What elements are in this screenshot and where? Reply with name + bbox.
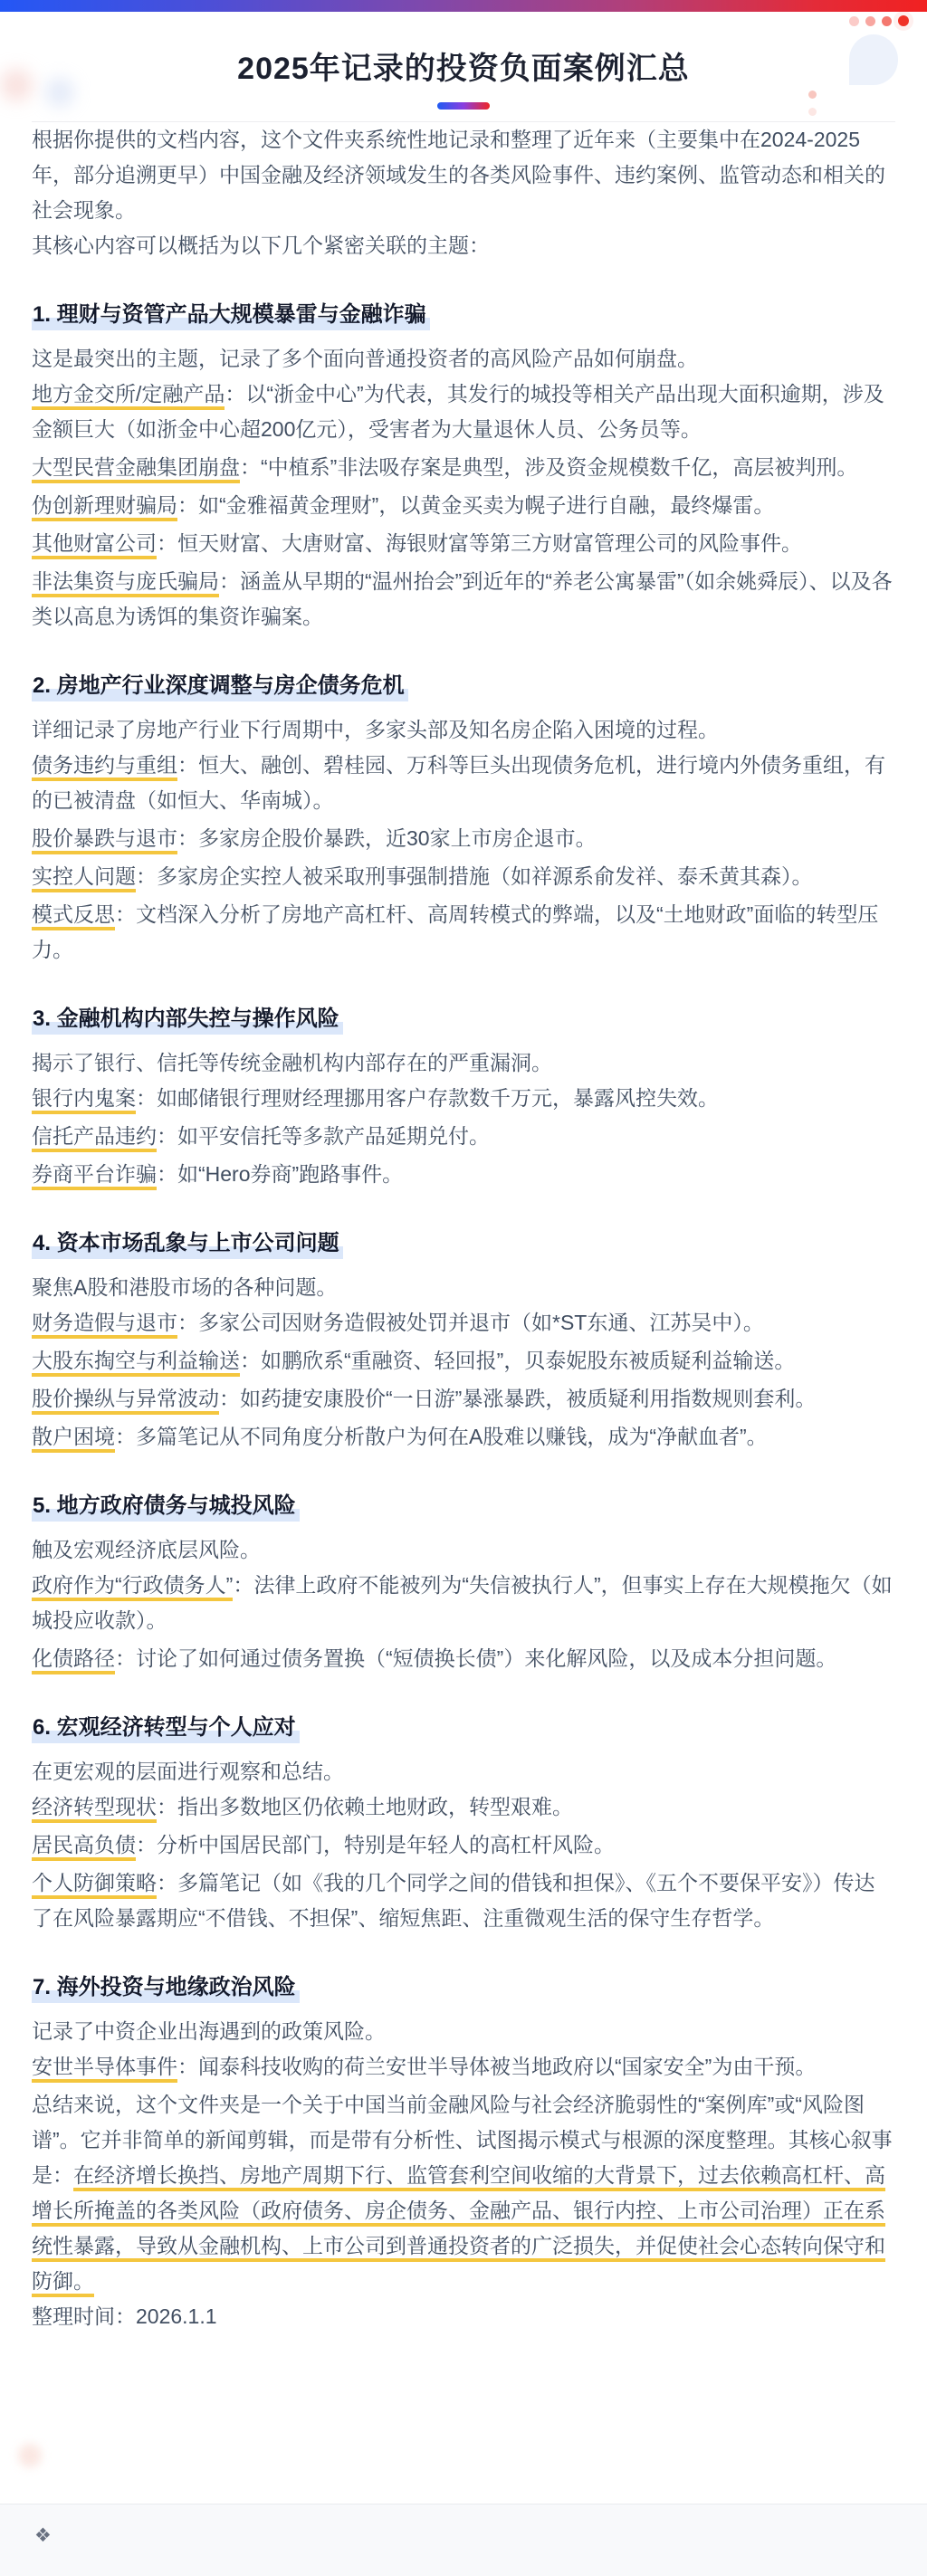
topic-item: 财务造假与退市：多家公司因财务造假被处罚并退市（如*ST东通、江苏吴中）。 (32, 1305, 895, 1340)
topic-item: 大型民营金融集团崩盘：“中植系”非法吸存案是典型，涉及资金规模数千亿，高层被判刑… (32, 450, 895, 485)
topics-lead: 其核心内容可以概括为以下几个紧密关联的主题： (32, 228, 895, 263)
topic-desc: 文档深入分析了房地产高杠杆、高周转模式的弊端，以及“土地财政”面临的转型压力。 (32, 902, 878, 961)
topic-section: 3. 金融机构内部失控与操作风险 揭示了银行、信托等传统金融机构内部存在的严重漏… (32, 1004, 895, 1192)
intro-paragraph: 根据你提供的文档内容，这个文件夹系统性地记录和整理了近年来（主要集中在2024-… (32, 122, 895, 228)
topic-desc: 如平安信托等多款产品延期兑付。 (177, 1124, 490, 1148)
topic-intro: 这是最突出的主题，记录了多个面向普通投资者的高风险产品如何崩盘。 (32, 341, 895, 377)
topic-intro: 详细记录了房地产行业下行周期中，多家头部及知名房企陷入困境的过程。 (32, 712, 895, 748)
term-separator: ： (219, 1387, 240, 1410)
topics-container: 1. 理财与资管产品大规模暴雷与金融诈骗 这是最突出的主题，记录了多个面向普通投… (32, 300, 895, 2085)
topic-item: 实控人问题：多家房企实控人被采取刑事强制措施（如祥源系俞发祥、泰禾黄其森）。 (32, 859, 895, 894)
topic-item: 券商平台诈骗：如“Hero券商”跑路事件。 (32, 1157, 895, 1192)
topic-heading-text: 4. 资本市场乱象与上市公司问题 (32, 1231, 343, 1259)
topic-desc: 如邮储银行理财经理挪用客户存款数千万元，暴露风控失效。 (157, 1086, 719, 1110)
footer-bar: ❖ (0, 2504, 927, 2576)
topic-section: 2. 房地产行业深度调整与房企债务危机 详细记录了房地产行业下行周期中，多家头部… (32, 671, 895, 968)
topic-section: 5. 地方政府债务与城投风险 触及宏观经济底层风险。 政府作为“行政债务人”：法… (32, 1491, 895, 1676)
topic-section: 1. 理财与资管产品大规模暴雷与金融诈骗 这是最突出的主题，记录了多个面向普通投… (32, 300, 895, 634)
topic-heading: 5. 地方政府债务与城投风险 (32, 1491, 895, 1522)
topic-item: 股价暴跌与退市：多家房企股价暴跌，近30家上市房企退市。 (32, 821, 895, 856)
topic-intro: 记录了中资企业出海遇到的政策风险。 (32, 2014, 895, 2049)
topic-desc: 如鹏欣系“重融资、轻回报”，贝泰妮股东被质疑利益输送。 (261, 1349, 795, 1372)
term-separator: ： (177, 2055, 198, 2078)
term-separator: ： (240, 1349, 261, 1372)
topic-intro: 在更宏观的层面进行观察和总结。 (32, 1754, 895, 1789)
topic-desc: 如“金雅福黄金理财”，以黄金买卖为幌子进行自融，最终爆雷。 (198, 493, 774, 517)
topic-term: 居民高负债 (32, 1833, 136, 1861)
topic-item: 银行内鬼案：如邮储银行理财经理挪用客户存款数千万元，暴露风控失效。 (32, 1081, 895, 1116)
term-separator: ： (115, 1646, 136, 1670)
topic-item: 股价操纵与异常波动：如药捷安康股价“一日游”暴涨暴跌，被质疑利用指数规则套利。 (32, 1381, 895, 1417)
topic-desc: 多家房企实控人被采取刑事强制措施（如祥源系俞发祥、泰禾黄其森）。 (157, 864, 813, 888)
topic-intro: 揭示了银行、信托等传统金融机构内部存在的严重漏洞。 (32, 1045, 895, 1081)
term-separator: ： (177, 493, 198, 517)
topic-items: 银行内鬼案：如邮储银行理财经理挪用客户存款数千万元，暴露风控失效。信托产品违约：… (32, 1081, 895, 1192)
term-separator: ： (157, 531, 177, 555)
topic-term: 债务违约与重组 (32, 753, 177, 781)
topic-heading: 2. 房地产行业深度调整与房企债务危机 (32, 671, 895, 701)
topic-item: 散户困境：多篇笔记从不同角度分析散户为何在A股难以赚钱，成为“净献血者”。 (32, 1419, 895, 1455)
topic-heading-text: 3. 金融机构内部失控与操作风险 (32, 1007, 343, 1035)
term-separator: ： (177, 826, 198, 850)
term-separator: ： (240, 455, 261, 479)
topic-term: 政府作为“行政债务人” (32, 1573, 233, 1601)
topic-heading-text: 5. 地方政府债务与城投风险 (32, 1493, 300, 1522)
topic-term: 财务造假与退市 (32, 1311, 177, 1339)
topic-desc: 闻泰科技收购的荷兰安世半导体被当地政府以“国家安全”为由干预。 (198, 2055, 816, 2078)
summary-paragraph: 总结来说，这个文件夹是一个关于中国当前金融风险与社会经济脆弱性的“案例库”或“风… (32, 2087, 895, 2299)
topic-term: 信托产品违约 (32, 1124, 157, 1152)
topic-item: 信托产品违约：如平安信托等多款产品延期兑付。 (32, 1119, 895, 1154)
topic-desc: 如药捷安康股价“一日游”暴涨暴跌，被质疑利用指数规则套利。 (240, 1387, 816, 1410)
topic-term: 实控人问题 (32, 864, 136, 892)
topic-intro: 触及宏观经济底层风险。 (32, 1532, 895, 1568)
topic-desc: 多家房企股价暴跌，近30家上市房企退市。 (198, 826, 597, 850)
topic-heading: 3. 金融机构内部失控与操作风险 (32, 1004, 895, 1035)
topic-term: 其他财富公司 (32, 531, 157, 559)
topic-items: 经济转型现状：指出多数地区仍依赖土地财政，转型艰难。居民高负债：分析中国居民部门… (32, 1789, 895, 1936)
topic-items: 财务造假与退市：多家公司因财务造假被处罚并退市（如*ST东通、江苏吴中）。大股东… (32, 1305, 895, 1455)
topic-desc: 多篇笔记从不同角度分析散户为何在A股难以赚钱，成为“净献血者”。 (136, 1425, 768, 1448)
topic-heading: 4. 资本市场乱象与上市公司问题 (32, 1228, 895, 1259)
term-separator: ： (157, 1871, 177, 1894)
topic-desc: 分析中国居民部门，特别是年轻人的高杠杆风险。 (157, 1833, 615, 1856)
topic-item: 非法集资与庞氏骗局：涵盖从早期的“温州抬会”到近年的“养老公寓暴雷”（如余姚舜辰… (32, 564, 895, 634)
topic-term: 银行内鬼案 (32, 1086, 136, 1114)
topic-term: 模式反思 (32, 902, 115, 930)
topic-item: 个人防御策略：多篇笔记（如《我的几个同学之间的借钱和担保》、《五个不要保平安》）… (32, 1865, 895, 1936)
topic-heading-text: 1. 理财与资管产品大规模暴雷与金融诈骗 (32, 302, 430, 330)
term-separator: ： (115, 1425, 136, 1448)
topic-item: 其他财富公司：恒天财富、大唐财富、海银财富等第三方财富管理公司的风险事件。 (32, 526, 895, 561)
topic-term: 安世半导体事件 (32, 2055, 177, 2083)
topic-section: 4. 资本市场乱象与上市公司问题 聚焦A股和港股市场的各种问题。 财务造假与退市… (32, 1228, 895, 1455)
term-separator: ： (136, 1086, 157, 1110)
topic-item: 债务违约与重组：恒大、融创、碧桂园、万科等巨头出现债务危机，进行境内外债务重组，… (32, 748, 895, 818)
topic-item: 大股东掏空与利益输送：如鹏欣系“重融资、轻回报”，贝泰妮股东被质疑利益输送。 (32, 1343, 895, 1379)
topic-heading: 1. 理财与资管产品大规模暴雷与金融诈骗 (32, 300, 895, 330)
topic-item: 经济转型现状：指出多数地区仍依赖土地财政，转型艰难。 (32, 1789, 895, 1825)
topic-heading-text: 6. 宏观经济转型与个人应对 (32, 1715, 300, 1743)
topic-item: 政府作为“行政债务人”：法律上政府不能被列为“失信被执行人”，但事实上存在大规模… (32, 1568, 895, 1638)
topic-intro: 聚焦A股和港股市场的各种问题。 (32, 1270, 895, 1305)
topic-heading-text: 7. 海外投资与地缘政治风险 (32, 1975, 300, 2003)
topic-term: 股价操纵与异常波动 (32, 1387, 219, 1415)
topic-term: 化债路径 (32, 1646, 115, 1674)
topic-section: 6. 宏观经济转型与个人应对 在更宏观的层面进行观察和总结。 经济转型现状：指出… (32, 1713, 895, 1936)
document-body: 2025年记录的投资负面案例汇总 根据你提供的文档内容，这个文件夹系统性地记录和… (0, 0, 927, 2334)
topic-item: 模式反思：文档深入分析了房地产高杠杆、高周转模式的弊端，以及“土地财政”面临的转… (32, 897, 895, 968)
diamond-logo-icon: ❖ (34, 2526, 52, 2545)
term-separator: ： (136, 864, 157, 888)
topic-desc: 多家公司因财务造假被处罚并退市（如*ST东通、江苏吴中）。 (198, 1311, 764, 1334)
topic-desc: 如“Hero券商”跑路事件。 (177, 1162, 403, 1186)
topic-term: 伪创新理财骗局 (32, 493, 177, 521)
topic-items: 安世半导体事件：闻泰科技收购的荷兰安世半导体被当地政府以“国家安全”为由干预。 (32, 2049, 895, 2085)
topic-desc: 讨论了如何通过债务置换（“短债换长债”）来化解风险，以及成本分担问题。 (136, 1646, 836, 1670)
term-separator: ： (157, 1162, 177, 1186)
compile-date: 整理时间：2026.1.1 (32, 2299, 895, 2334)
topic-item: 居民高负债：分析中国居民部门，特别是年轻人的高杠杆风险。 (32, 1827, 895, 1863)
term-separator: ： (177, 1311, 198, 1334)
summary-emphasis: 在经济增长换挡、房地产周期下行、监管套利空间收缩的大背景下，过去依赖高杠杆、高增… (32, 2163, 885, 2297)
title-accent-bar (437, 102, 490, 110)
term-separator: ： (225, 382, 245, 405)
topic-desc: 指出多数地区仍依赖土地财政，转型艰难。 (177, 1795, 573, 1818)
topic-item: 化债路径：讨论了如何通过债务置换（“短债换长债”）来化解风险，以及成本分担问题。 (32, 1641, 895, 1676)
topic-items: 债务违约与重组：恒大、融创、碧桂园、万科等巨头出现债务危机，进行境内外债务重组，… (32, 748, 895, 968)
bottom-blur-decoration (18, 2444, 42, 2467)
term-separator: ： (233, 1573, 253, 1597)
term-separator: ： (157, 1124, 177, 1148)
topic-heading-text: 2. 房地产行业深度调整与房企债务危机 (32, 673, 408, 701)
topic-items: 政府作为“行政债务人”：法律上政府不能被列为“失信被执行人”，但事实上存在大规模… (32, 1568, 895, 1676)
topic-section: 7. 海外投资与地缘政治风险 记录了中资企业出海遇到的政策风险。 安世半导体事件… (32, 1972, 895, 2085)
topic-term: 个人防御策略 (32, 1871, 157, 1899)
topic-desc: 恒天财富、大唐财富、海银财富等第三方财富管理公司的风险事件。 (177, 531, 802, 555)
topic-term: 券商平台诈骗 (32, 1162, 157, 1190)
topic-term: 散户困境 (32, 1425, 115, 1453)
term-separator: ： (177, 753, 198, 777)
topic-item: 伪创新理财骗局：如“金雅福黄金理财”，以黄金买卖为幌子进行自融，最终爆雷。 (32, 488, 895, 523)
topic-desc: “中植系”非法吸存案是典型，涉及资金规模数千亿，高层被判刑。 (261, 455, 857, 479)
topic-term: 大股东掏空与利益输送 (32, 1349, 240, 1377)
term-separator: ： (157, 1795, 177, 1818)
topic-heading: 6. 宏观经济转型与个人应对 (32, 1713, 895, 1743)
term-separator: ： (219, 569, 240, 593)
topic-heading: 7. 海外投资与地缘政治风险 (32, 1972, 895, 2003)
topic-term: 非法集资与庞氏骗局 (32, 569, 219, 597)
topic-term: 地方金交所/定融产品 (32, 382, 225, 410)
topic-item: 安世半导体事件：闻泰科技收购的荷兰安世半导体被当地政府以“国家安全”为由干预。 (32, 2049, 895, 2085)
topic-items: 地方金交所/定融产品：以“浙金中心”为代表，其发行的城投等相关产品出现大面积逾期… (32, 377, 895, 634)
page-title: 2025年记录的投资负面案例汇总 (32, 51, 895, 87)
term-separator: ： (115, 902, 136, 926)
term-separator: ： (136, 1833, 157, 1856)
topic-term: 经济转型现状 (32, 1795, 157, 1823)
topic-item: 地方金交所/定融产品：以“浙金中心”为代表，其发行的城投等相关产品出现大面积逾期… (32, 377, 895, 447)
topic-term: 大型民营金融集团崩盘 (32, 455, 240, 483)
topic-term: 股价暴跌与退市 (32, 826, 177, 854)
